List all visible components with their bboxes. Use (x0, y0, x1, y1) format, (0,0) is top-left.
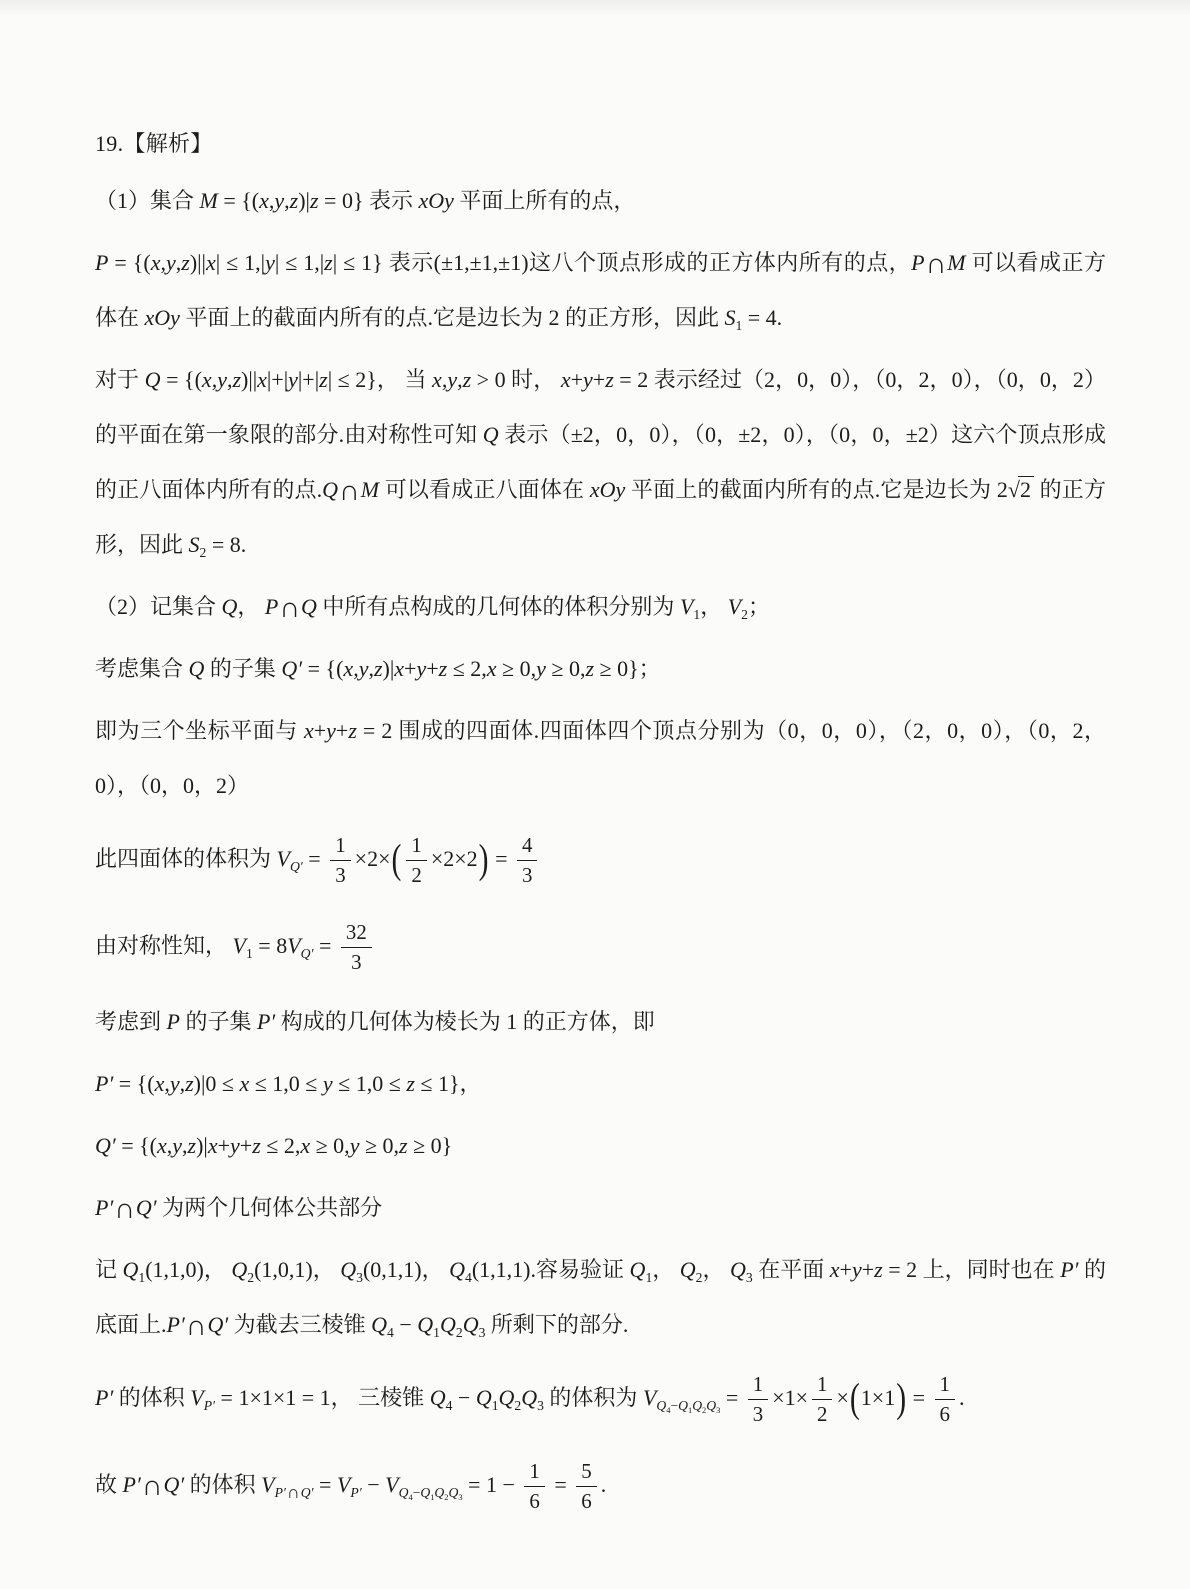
math-var: P′ (257, 1009, 275, 1034)
denominator: 6 (935, 1400, 955, 1428)
math-var: Q (417, 1312, 433, 1337)
paragraph: P′ = {(x,y,z)|0 ≤ x ≤ 1,0 ≤ y ≤ 1,0 ≤ z … (95, 1056, 1106, 1111)
math-var: y (326, 718, 336, 743)
math-var: Q (521, 1385, 537, 1410)
math-var: x (300, 1133, 310, 1158)
subscript: 3 (716, 1405, 720, 1415)
subscript: 4 (387, 1325, 394, 1340)
paragraph: P = {(x,y,z)||x| ≤ 1,|y| ≤ 1,|z| ≤ 1} 表示… (95, 235, 1106, 345)
math-var: x (155, 1071, 165, 1096)
math-var: Q (222, 594, 238, 619)
math-var: P′ (95, 1071, 113, 1096)
math-var: x (151, 250, 161, 275)
subscript: 1 (645, 1270, 652, 1285)
numerator: 5 (576, 1459, 596, 1488)
subscript: 3 (746, 1270, 753, 1285)
math-var: Q′ (136, 1195, 157, 1220)
paragraph: 此四面体的体积为 VQ′ = 13×2×(12×2×2) = 43 (95, 820, 1106, 900)
subscript: 1 (492, 1398, 499, 1413)
fraction: 323 (341, 920, 372, 976)
math-var: z (399, 1133, 408, 1158)
math-var: Q (678, 1398, 688, 1413)
paragraph: 故 P′∩Q′ 的体积 VP′∩Q′ = VP′ − VQ4−Q1Q2Q3 = … (95, 1446, 1106, 1526)
denominator: 3 (341, 948, 372, 976)
math-var: Q (730, 1257, 746, 1282)
math-var: y (416, 656, 426, 681)
denominator: 6 (576, 1487, 596, 1515)
paragraph: P′ 的体积 VP′ = 1×1×1 = 1， 三棱锥 Q4 − Q1Q2Q3 … (95, 1359, 1106, 1439)
subscript: Q′ (301, 946, 314, 961)
math-var: Q (656, 1398, 666, 1413)
math-var: Q (434, 1485, 444, 1500)
subscript: 3 (356, 1270, 363, 1285)
math-var: Q (440, 1312, 456, 1337)
math-var: Q (706, 1398, 716, 1413)
math-var: V (385, 1472, 398, 1497)
math-var: Q′ (163, 1472, 184, 1497)
subscript: Q′ (290, 859, 303, 874)
fraction: 13 (748, 1372, 768, 1428)
math-var: y (170, 1071, 180, 1096)
paragraph: 记 Q1(1,1,0)， Q2(1,0,1)， Q3(0,1,1)， Q4(1,… (95, 1242, 1106, 1352)
math-var: z (585, 656, 594, 681)
math-var: P (265, 594, 278, 619)
math-var: z (252, 1133, 261, 1158)
math-var: z (290, 188, 299, 213)
math-var: y (359, 656, 369, 681)
denominator: 3 (748, 1400, 768, 1428)
math-var: x (259, 188, 269, 213)
math-var: y (230, 1133, 240, 1158)
math-var: Q (231, 1257, 247, 1282)
math-var: V (261, 1472, 274, 1497)
math-var: y (217, 367, 227, 392)
subscript: 1 (246, 946, 253, 961)
math-var: x (830, 1257, 840, 1282)
paragraph: 即为三个坐标平面与 x+y+z = 2 围成的四面体.四面体四个顶点分别为（0，… (95, 703, 1106, 813)
math-var: Q (449, 1257, 465, 1282)
math-var: S (189, 532, 200, 557)
numerator: 1 (330, 833, 350, 862)
math-var: y (536, 656, 546, 681)
math-var: y (274, 188, 284, 213)
paragraph: （1）集合 M = {(x,y,z)|z = 0} 表示 xOy 平面上所有的点… (95, 173, 1106, 228)
math-var: M (200, 188, 218, 213)
math-var: y (265, 250, 275, 275)
scanned-solution-page: 19.【解析】 （1）集合 M = {(x,y,z)|z = 0} 表示 xOy… (0, 0, 1190, 1589)
denominator: 3 (517, 861, 537, 889)
math-var: V (337, 1472, 350, 1497)
math-var: x (206, 250, 216, 275)
math-var: y (288, 367, 298, 392)
fraction: 16 (935, 1372, 955, 1428)
math-var: Q (371, 1312, 387, 1337)
math-var: x (394, 656, 404, 681)
math-var: P′ (95, 1195, 113, 1220)
fraction: 43 (517, 833, 537, 889)
math-var: x (487, 656, 497, 681)
math-var: Q′ (95, 1133, 116, 1158)
math-var: x (343, 656, 353, 681)
subscript: 2 (200, 545, 207, 560)
math-var: Q′ (290, 859, 303, 874)
subscript: 3 (479, 1325, 486, 1340)
math-var: y (323, 1071, 333, 1096)
math-var: Q (483, 422, 499, 447)
intersection-symbol: ∩ (113, 1194, 136, 1225)
math-var: z (439, 656, 448, 681)
subscript: Q4−Q1Q2Q3 (399, 1485, 463, 1500)
math-var: xOy (419, 188, 454, 213)
numerator: 4 (517, 833, 537, 862)
math-var: P′ (167, 1312, 185, 1337)
math-var: Q (189, 656, 205, 681)
math-var: Q (463, 1312, 479, 1337)
math-var: M (947, 250, 965, 275)
fraction: 56 (576, 1459, 596, 1515)
math-var: z (874, 1257, 883, 1282)
math-var: Q (420, 1485, 430, 1500)
subscript: 4 (465, 1270, 472, 1285)
denominator: 6 (524, 1487, 544, 1515)
subscript: P′ (350, 1485, 361, 1500)
fraction: 12 (812, 1372, 832, 1428)
math-var: V (277, 846, 290, 871)
math-var: V (680, 594, 693, 619)
math-var: z (374, 656, 383, 681)
math-var: Q (476, 1385, 492, 1410)
denominator: 3 (330, 861, 350, 889)
denominator: 2 (406, 861, 426, 889)
math-var: Q′ (301, 1485, 314, 1500)
math-var: S (724, 305, 735, 330)
subscript: 1 (433, 1325, 440, 1340)
math-var: P (167, 1009, 180, 1034)
math-var: P (95, 250, 108, 275)
math-var: V (233, 933, 246, 958)
big-paren-close: ) (895, 1379, 907, 1421)
numerator: 1 (935, 1372, 955, 1401)
subscript: P′∩Q′ (275, 1485, 314, 1500)
big-paren-open: ( (849, 1379, 861, 1421)
math-var: Q (680, 1257, 696, 1282)
math-var: V (728, 594, 741, 619)
math-var: z (406, 1071, 415, 1096)
intersection-symbol: ∩ (278, 593, 301, 624)
paragraph: Q′ = {(x,y,z)|x+y+z ≤ 2,x ≥ 0,y ≥ 0,z ≥ … (95, 1118, 1106, 1173)
subscript: 1 (735, 318, 742, 333)
subscript: 3 (537, 1398, 544, 1413)
math-var: xOy (590, 477, 625, 502)
intersection-symbol: ∩ (185, 1311, 208, 1342)
math-var: y (172, 1133, 182, 1158)
math-var: z (319, 367, 328, 392)
math-var: Q (123, 1257, 139, 1282)
math-var: P′ (275, 1485, 286, 1500)
paragraph: 对于 Q = {(x,y,z)||x|+|y|+|z| ≤ 2}， 当 x,y,… (95, 352, 1106, 572)
math-var: Q (692, 1398, 702, 1413)
subscript: 4 (446, 1398, 453, 1413)
math-var: y (447, 367, 457, 392)
math-var: Q (630, 1257, 646, 1282)
numerator: 32 (341, 920, 372, 949)
subscript: 2 (696, 1270, 703, 1285)
solution-heading: 19.【解析】 (95, 116, 1106, 171)
radicand: 2 (1018, 476, 1034, 502)
document-body: 19.【解析】 （1）集合 M = {(x,y,z)|z = 0} 表示 xOy… (0, 0, 1190, 1553)
math-var: y (583, 367, 593, 392)
math-var: x (561, 367, 571, 392)
math-var: xOy (145, 305, 180, 330)
big-paren-close: ) (478, 840, 490, 882)
math-var: z (232, 367, 241, 392)
math-var: z (463, 367, 472, 392)
numerator: 1 (812, 1372, 832, 1401)
math-var: Q (340, 1257, 356, 1282)
fraction: 12 (406, 833, 426, 889)
fraction: 13 (330, 833, 350, 889)
math-var: Q (399, 1485, 409, 1500)
intersection-symbol: ∩ (286, 1482, 301, 1502)
math-var: Q (499, 1385, 515, 1410)
math-var: y (166, 250, 176, 275)
math-var: z (185, 1071, 194, 1096)
math-var: x (208, 1133, 218, 1158)
subscript: 2 (741, 607, 748, 622)
math-var: x (257, 367, 267, 392)
math-var: V (190, 1385, 203, 1410)
math-var: y (350, 1133, 360, 1158)
numerator: 1 (524, 1459, 544, 1488)
math-var: y (852, 1257, 862, 1282)
intersection-symbol: ∩ (338, 476, 361, 507)
math-var: M (361, 477, 379, 502)
subscript: P′ (204, 1398, 215, 1413)
intersection-symbol: ∩ (141, 1471, 164, 1502)
math-var: Q (301, 594, 317, 619)
math-var: Q (322, 477, 338, 502)
math-var: z (348, 718, 357, 743)
denominator: 2 (812, 1400, 832, 1428)
math-var: Q (145, 367, 161, 392)
math-var: x (304, 718, 314, 743)
intersection-symbol: ∩ (925, 249, 948, 280)
math-var: x (157, 1133, 167, 1158)
math-var: Q (430, 1385, 446, 1410)
subscript: Q4−Q1Q2Q3 (656, 1398, 720, 1413)
math-var: P′ (1060, 1257, 1078, 1282)
math-var: Q′ (301, 946, 314, 961)
paragraph: （2）记集合 Q， P∩Q 中所有点构成的几何体的体积分别为 V1， V2； (95, 579, 1106, 634)
math-var: P′ (204, 1398, 215, 1413)
subscript: 1 (138, 1270, 145, 1285)
fraction: 16 (524, 1459, 544, 1515)
math-var: z (310, 188, 319, 213)
numerator: 1 (748, 1372, 768, 1401)
solution-paragraphs: （1）集合 M = {(x,y,z)|z = 0} 表示 xOy 平面上所有的点… (95, 173, 1106, 1526)
math-var: P (911, 250, 924, 275)
math-var: z (188, 1133, 197, 1158)
subscript: 3 (458, 1492, 462, 1502)
math-var: Q (448, 1485, 458, 1500)
math-var: P′ (95, 1385, 113, 1410)
math-var: V (287, 933, 300, 958)
math-var: x (202, 367, 212, 392)
big-paren-open: ( (391, 840, 403, 882)
paragraph: P′∩Q′ 为两个几何体公共部分 (95, 1180, 1106, 1235)
subscript: 1 (693, 607, 700, 622)
math-var: Q′ (281, 656, 302, 681)
subscript: 2 (247, 1270, 254, 1285)
numerator: 1 (406, 833, 426, 862)
math-var: x (239, 1071, 249, 1096)
math-var: Q′ (207, 1312, 228, 1337)
paragraph: 由对称性知， V1 = 8VQ′ = 323 (95, 907, 1106, 987)
math-var: P′ (123, 1472, 141, 1497)
paragraph: 考虑集合 Q 的子集 Q′ = {(x,y,z)|x+y+z ≤ 2,x ≥ 0… (95, 641, 1106, 696)
subscript: 2 (456, 1325, 463, 1340)
math-var: V (643, 1385, 656, 1410)
math-var: z (324, 250, 333, 275)
paragraph: 考虑到 P 的子集 P′ 构成的几何体为棱长为 1 的正方体，即 (95, 994, 1106, 1049)
subscript: 4 (408, 1492, 412, 1502)
math-var: z (181, 250, 190, 275)
math-var: z (605, 367, 614, 392)
math-var: x (432, 367, 442, 392)
math-var: P′ (350, 1485, 361, 1500)
square-root: √2 (1008, 476, 1034, 502)
subscript: 4 (666, 1405, 670, 1415)
